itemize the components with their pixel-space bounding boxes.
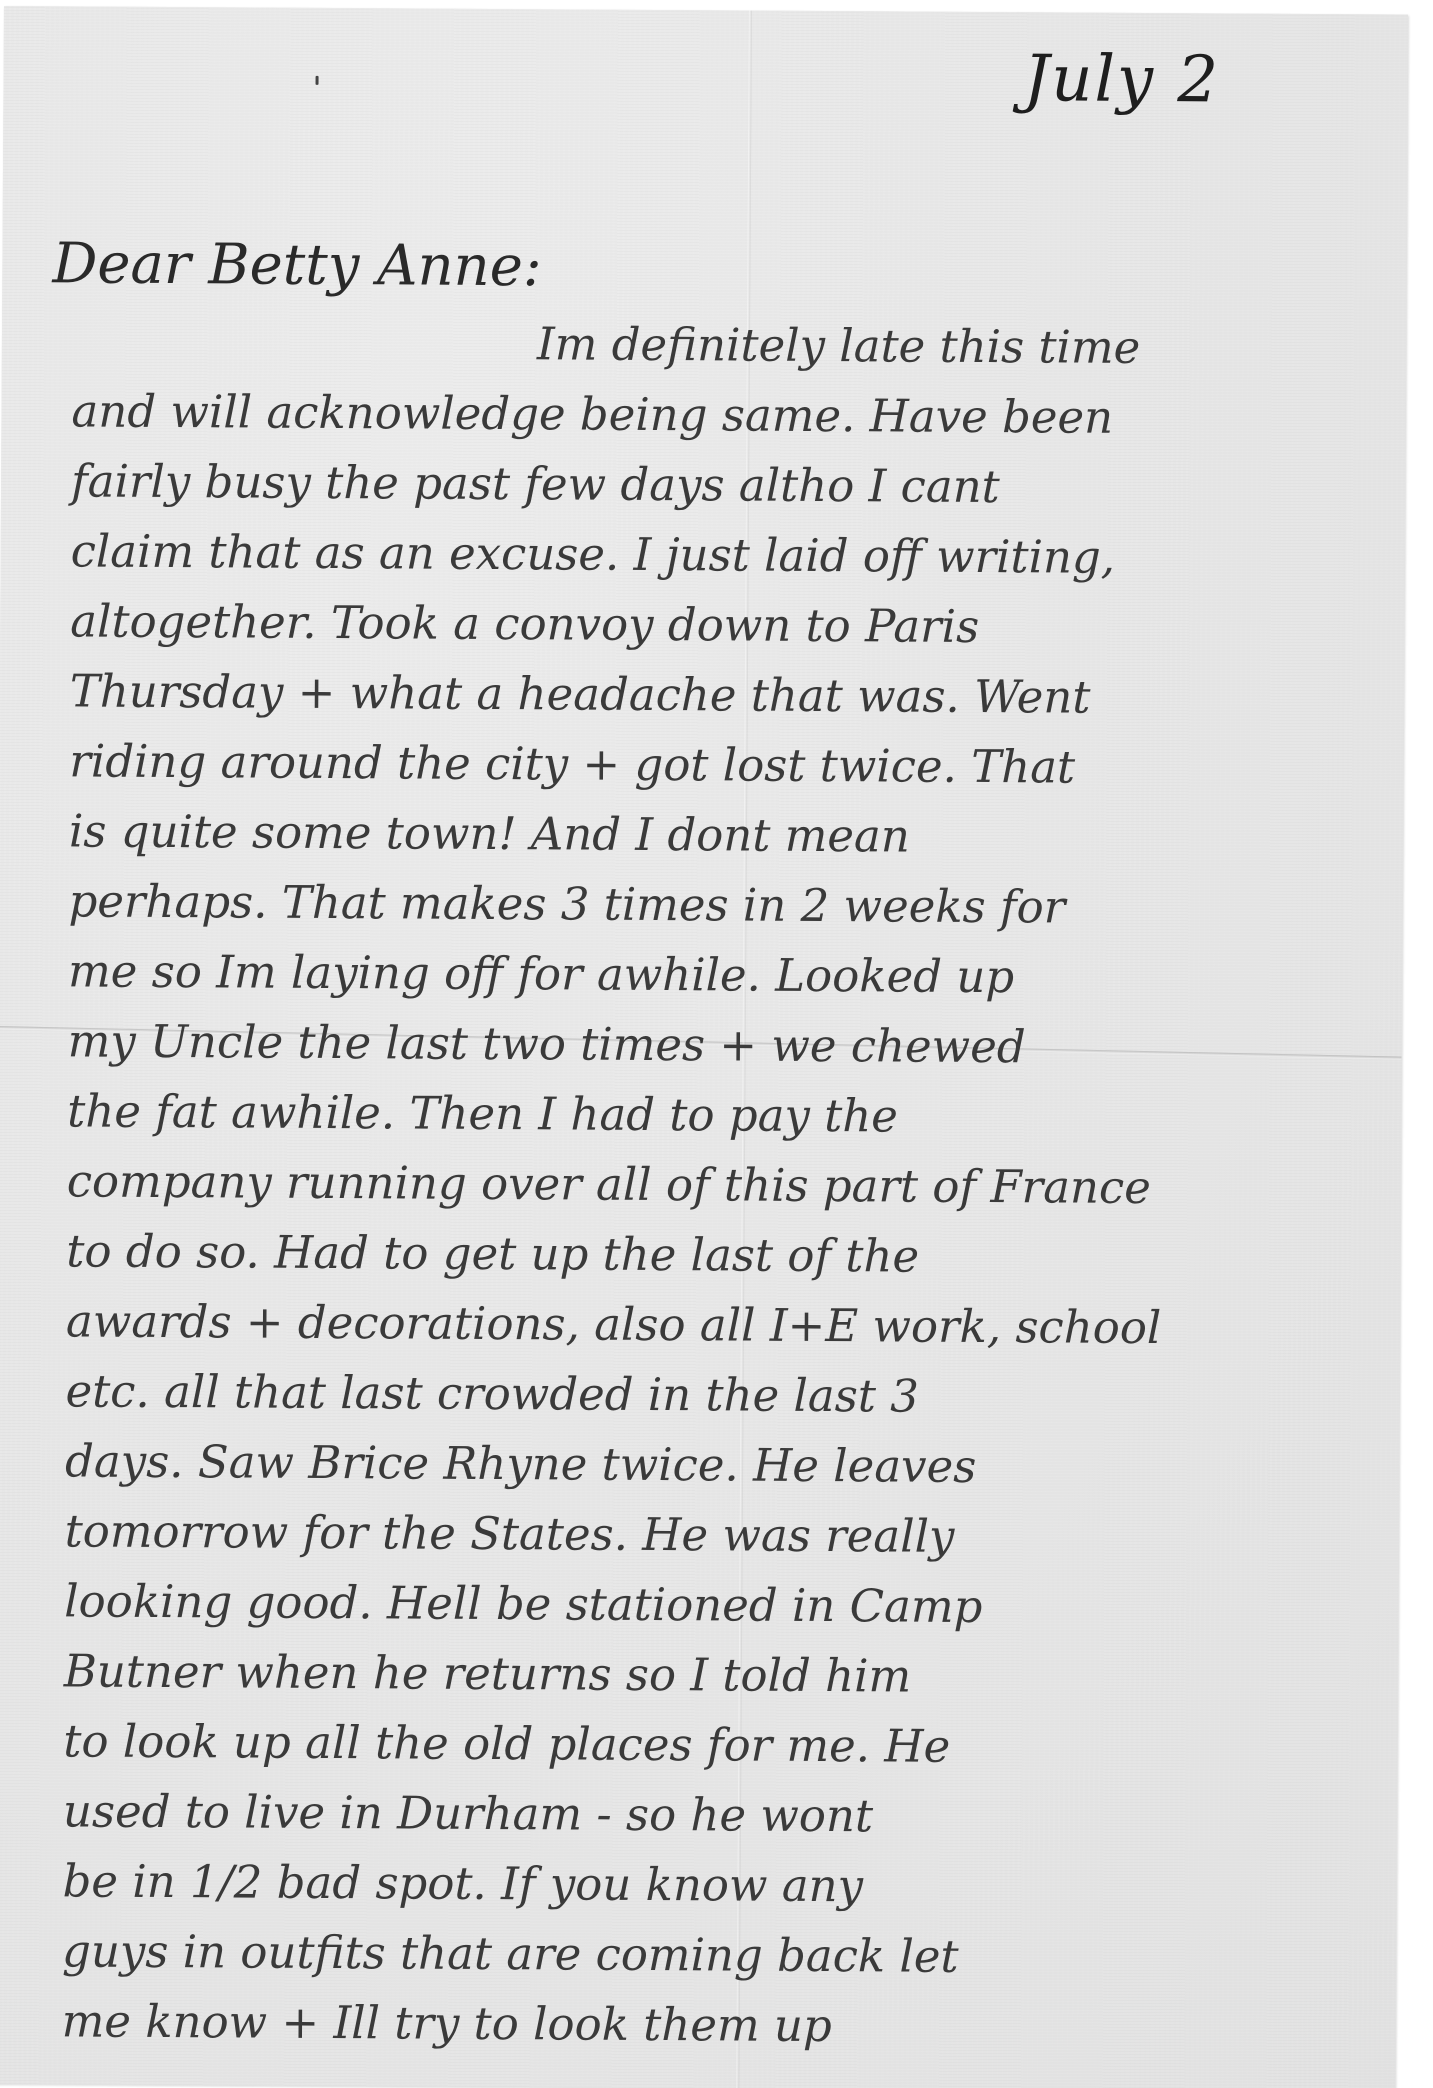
letter-salutation: Dear Betty Anne: bbox=[52, 231, 542, 299]
letter-line: etc. all that last crowded in the last 3 bbox=[65, 1356, 1385, 1434]
letter-line: altogether. Took a convoy down to Paris bbox=[70, 586, 1390, 664]
letter-line: Butner when he returns so I told him bbox=[64, 1636, 1384, 1714]
letter-line: guys in outfits that are coming back let bbox=[62, 1916, 1382, 1994]
letter-line: used to live in Durham - so he wont bbox=[63, 1776, 1383, 1854]
letter-line: be in 1/2 bad spot. If you know any bbox=[62, 1846, 1382, 1924]
ink-speck bbox=[316, 76, 319, 85]
letter-line: looking good. Hell be stationed in Camp bbox=[64, 1566, 1384, 1644]
letter-line: company running over all of this part of… bbox=[67, 1146, 1387, 1224]
letter-line: is quite some town! And I dont mean bbox=[69, 796, 1389, 874]
letter-line: to look up all the old places for me. He bbox=[63, 1706, 1383, 1784]
letter-line: my Uncle the last two times + we chewed bbox=[67, 1006, 1387, 1084]
letter-line: to do so. Had to get up the last of the bbox=[66, 1216, 1386, 1294]
letter-line: the fat awhile. Then I had to pay the bbox=[67, 1076, 1387, 1154]
letter-line: tomorrow for the States. He was really bbox=[64, 1496, 1384, 1574]
letter-line: days. Saw Brice Rhyne twice. He leaves bbox=[65, 1426, 1385, 1504]
letter-line: me know + Ill try to look them up bbox=[61, 1986, 1381, 2064]
letter-date: July 2 bbox=[1023, 42, 1220, 117]
letter-page: July 2 Dear Betty Anne: Im definitely la… bbox=[0, 6, 1408, 2088]
letter-line: riding around the city + got lost twice.… bbox=[69, 726, 1389, 804]
letter-body: Im definitely late this time and will ac… bbox=[61, 306, 1392, 2064]
letter-line: awards + decorations, also all I+E work,… bbox=[66, 1286, 1386, 1364]
letter-line: and will acknowledge being same. Have be… bbox=[71, 376, 1391, 454]
letter-line: perhaps. That makes 3 times in 2 weeks f… bbox=[68, 866, 1388, 944]
letter-line: me so Im laying off for awhile. Looked u… bbox=[68, 936, 1388, 1014]
letter-line: Im definitely late this time bbox=[72, 306, 1392, 384]
letter-line: Thursday + what a headache that was. Wen… bbox=[70, 656, 1390, 734]
letter-line: claim that as an excuse. I just laid off… bbox=[70, 516, 1390, 594]
letter-line: fairly busy the past few days altho I ca… bbox=[71, 446, 1391, 524]
